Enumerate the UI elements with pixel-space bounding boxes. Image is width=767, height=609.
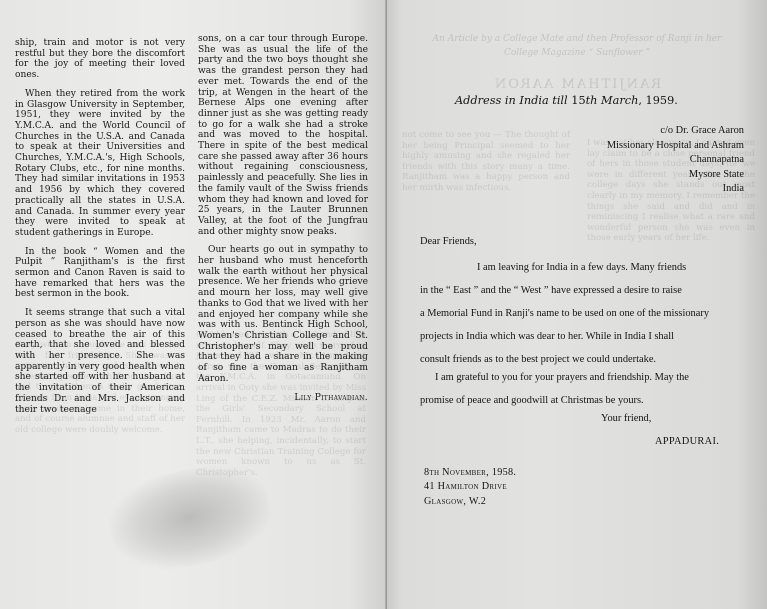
paper-stain: [102, 454, 278, 580]
letter-line: I am leaving for India in a few days. Ma…: [477, 262, 686, 273]
address-line: c/o Dr. Grace Aaron: [607, 124, 744, 139]
paragraph: Our hearts go out in sympathy to her hus…: [198, 245, 368, 384]
address-heading-month: March: [597, 94, 638, 107]
right-page: An Article by a College Mate and then Pr…: [387, 0, 767, 609]
letter-line: promise of peace and goodwill at Christm…: [420, 395, 644, 406]
letter-line: projects in India which was dear to her.…: [420, 331, 674, 342]
letter-date: 8th November, 1958.: [424, 467, 516, 478]
sender-city: Glasgow, W.2: [424, 496, 486, 507]
address-heading-year: , 1959.: [638, 94, 678, 107]
letter-line: consult friends as to the best project w…: [420, 354, 656, 365]
signature: APPADURAI.: [655, 436, 719, 447]
article-column-1: ship, train and motor is not very restfu…: [15, 38, 185, 423]
article-column-2: sons, on a car tour through Europe. She …: [198, 34, 368, 403]
letter: Address in India till 15th March, 1959. …: [387, 0, 767, 609]
author-signoff: Lily Pithavadian.: [198, 393, 368, 404]
address-line: Mysore State: [607, 168, 744, 183]
address-line: Missionary Hospital and Ashram: [607, 139, 744, 154]
letter-line: I am grateful to you for your prayers an…: [435, 372, 689, 383]
paragraph: When they retired from the work in Glasg…: [15, 89, 185, 239]
address-heading-prefix: Address in India till: [455, 94, 571, 107]
paragraph: ship, train and motor is not very restfu…: [15, 38, 185, 81]
left-page: God blessed her with a husband of like m…: [0, 0, 387, 609]
sender-street: 41 Hamilton Drive: [424, 481, 507, 492]
letter-line: a Memorial Fund in Ranji's name to be us…: [420, 308, 709, 319]
greeting: Dear Friends,: [420, 236, 477, 247]
address-heading-ordinal: th: [586, 94, 598, 107]
india-address: c/o Dr. Grace Aaron Missionary Hospital …: [607, 124, 744, 197]
address-heading-day: 15: [571, 94, 585, 107]
address-heading: Address in India till 15th March, 1959.: [455, 94, 705, 107]
address-line: India: [607, 182, 744, 197]
paragraph: It seems strange that such a vital perso…: [15, 308, 185, 415]
address-line: Channapatna: [607, 153, 744, 168]
paragraph: In the book “ Women and the Pulpit ” Ran…: [15, 247, 185, 301]
letter-line: in the “ East ” and the “ West ” have ex…: [420, 285, 682, 296]
closing: Your friend,: [601, 413, 651, 424]
paragraph: sons, on a car tour through Europe. She …: [198, 34, 368, 237]
